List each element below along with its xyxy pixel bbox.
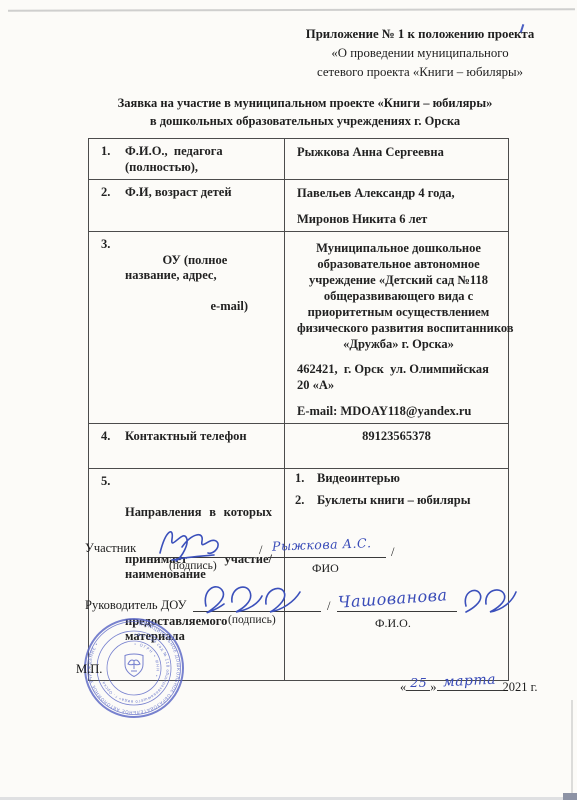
slash-separator: / [259,543,262,558]
participant-fio-line [268,556,386,558]
open-quote: « [400,680,406,694]
stamp-emblem-eagle [128,660,140,671]
day-line: 25 [406,689,430,691]
signature-section: Участник / / (подпись) ФИО Рыжкова А.С. … [0,0,577,800]
head-signature [196,580,311,616]
svg-text:• ОГРН • ИНН •: • ОГРН • ИНН • [134,641,161,678]
participant-handwritten-fio: Рыжкова А.С. [272,535,372,553]
year-text: 2021 г. [503,680,538,694]
participant-label: Участник [85,541,136,556]
handwritten-month: марта [442,672,496,691]
head-label: Руководитель ДОУ [85,598,186,613]
head-handwritten-fio: Чашованова [337,585,448,612]
participant-signature [152,523,242,565]
fio-caption: ФИО [312,561,339,576]
date-line: «25»марта2021 г. [400,680,537,695]
mp-label: М.П. [76,662,102,677]
slash-separator: / [327,599,330,614]
slash-separator: / [391,545,394,560]
head-initials-flourish [460,584,522,614]
fio-caption: Ф.И.О. [375,616,411,631]
handwritten-day: 25 [410,675,427,690]
scanned-application-form: Приложение № 1 к положению проекта «О пр… [0,0,577,800]
month-line: марта [437,689,503,691]
close-quote: » [430,680,436,694]
